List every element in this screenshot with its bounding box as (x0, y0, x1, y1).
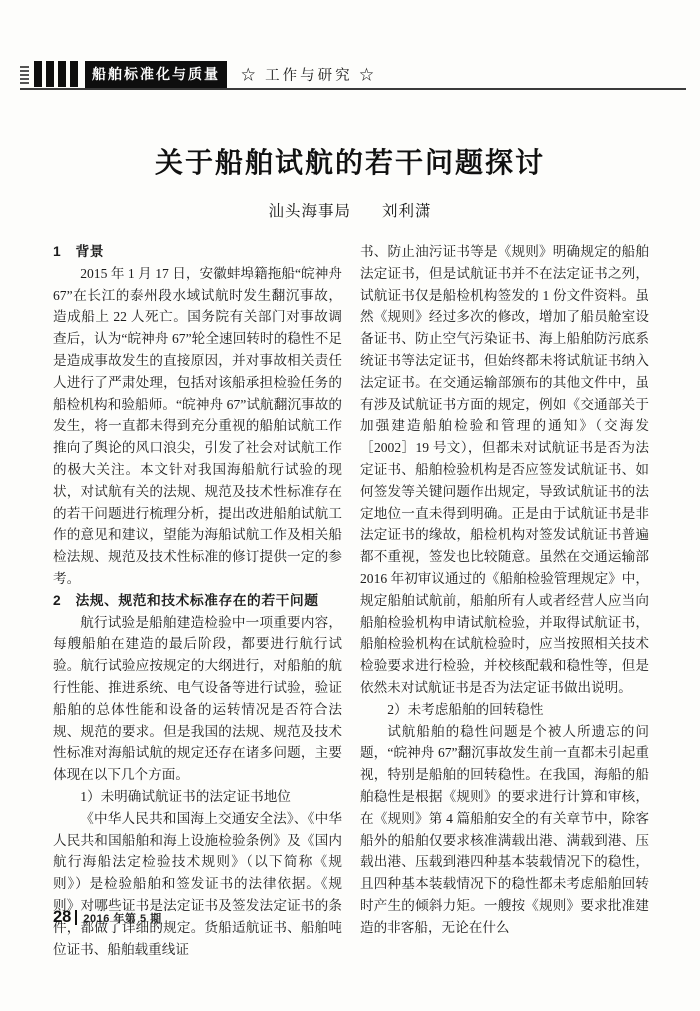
article-title: 关于船舶试航的若干问题探讨 (0, 141, 700, 181)
section-label: ☆ 工作与研究 ☆ (241, 64, 377, 85)
right-column: 书、防止油污证书等是《规则》明确规定的船舶法定证书，但是试航证书并不在法定证书之… (360, 241, 649, 960)
header-bar-icon (34, 61, 42, 87)
paragraph: 试航船舶的稳性问题是个被人所遗忘的问题，“皖神舟 67”翻沉事故发生前一直都未引… (360, 721, 649, 939)
list-item-heading: 2）未考虑船舶的回转稳性 (360, 699, 649, 721)
paragraph-continuation: 书、防止油污证书等是《规则》明确规定的船舶法定证书，但是试航证书并不在法定证书之… (360, 241, 649, 699)
header-bar-icon (46, 61, 54, 87)
byline: 汕头海事局刘利潇 (0, 199, 700, 221)
header-bar-icon (70, 61, 78, 87)
page-number: 28 (53, 908, 71, 927)
byline-author: 刘利潇 (382, 203, 432, 220)
issue-label: 2016 年第 5 期 (83, 910, 161, 926)
footer-divider (75, 910, 77, 925)
spine-mark-icon (20, 64, 29, 84)
article-body: 1 背景 2015 年 1 月 17 日，安徽蚌埠籍拖船“皖神舟67”在长江的泰… (53, 241, 649, 960)
journal-name-badge: 船舶标准化与质量 (85, 61, 227, 88)
section-heading: 2 法规、规范和技术标准存在的若干问题 (53, 590, 342, 612)
scanned-journal-page: 船舶标准化与质量 ☆ 工作与研究 ☆ 关于船舶试航的若干问题探讨 汕头海事局刘利… (0, 0, 700, 1011)
left-column: 1 背景 2015 年 1 月 17 日，安徽蚌埠籍拖船“皖神舟67”在长江的泰… (53, 241, 342, 960)
header-bar-icon (58, 61, 66, 87)
page-footer: 28 2016 年第 5 期 (53, 908, 162, 927)
paragraph: 2015 年 1 月 17 日，安徽蚌埠籍拖船“皖神舟67”在长江的泰州段水域试… (53, 263, 342, 590)
byline-affiliation: 汕头海事局 (268, 203, 351, 220)
list-item-heading: 1）未明确试航证书的法定证书地位 (53, 786, 342, 808)
paragraph: 航行试验是船舶建造检验中一项重要内容，每艘船舶在建造的最后阶段，都要进行航行试验… (53, 612, 342, 786)
section-heading: 1 背景 (53, 241, 342, 263)
running-head: 船舶标准化与质量 ☆ 工作与研究 ☆ (20, 60, 686, 90)
paragraph: 《中华人民共和国海上交通安全法》、《中华人民共和国船舶和海上设施检验条例》及《国… (53, 808, 342, 961)
